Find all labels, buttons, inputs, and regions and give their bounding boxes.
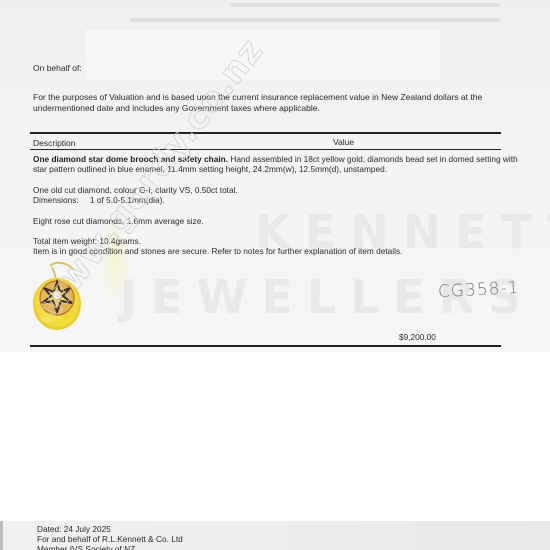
table-bottom-rule — [30, 345, 501, 347]
signature-block: Dated: 24 July 2025 For and behalf of R.… — [37, 524, 183, 550]
on-behalf-label: On behalf of: — [33, 63, 82, 73]
handwritten-reference: CG358-1 — [438, 278, 520, 302]
item-title: One diamond star dome brooch and safety … — [33, 154, 228, 164]
member-line: Member IVS Society of NZ — [37, 544, 183, 550]
blank-area — [0, 352, 550, 522]
faded-text-line — [230, 3, 500, 7]
table-header-rule — [30, 149, 501, 150]
faded-text-line — [130, 18, 500, 22]
valuation-sheet: KENNETTS JEWELLERS On behalf of: For the… — [0, 0, 550, 352]
column-header-value: Value — [333, 137, 354, 147]
item-summary: One diamond star dome brooch and safety … — [33, 154, 531, 175]
dimensions-label: Dimensions: — [33, 195, 90, 205]
item-value: $9,200.00 — [399, 332, 436, 342]
column-header-description: Description — [33, 138, 76, 148]
behalf-line: For and behalf of R.L.Kennett & Co. Ltd — [37, 534, 183, 544]
dated-line: Dated: 24 July 2025 — [37, 524, 183, 534]
valuation-purpose: For the purposes of Valuation and is bas… — [33, 92, 528, 114]
table-top-rule — [30, 132, 501, 134]
